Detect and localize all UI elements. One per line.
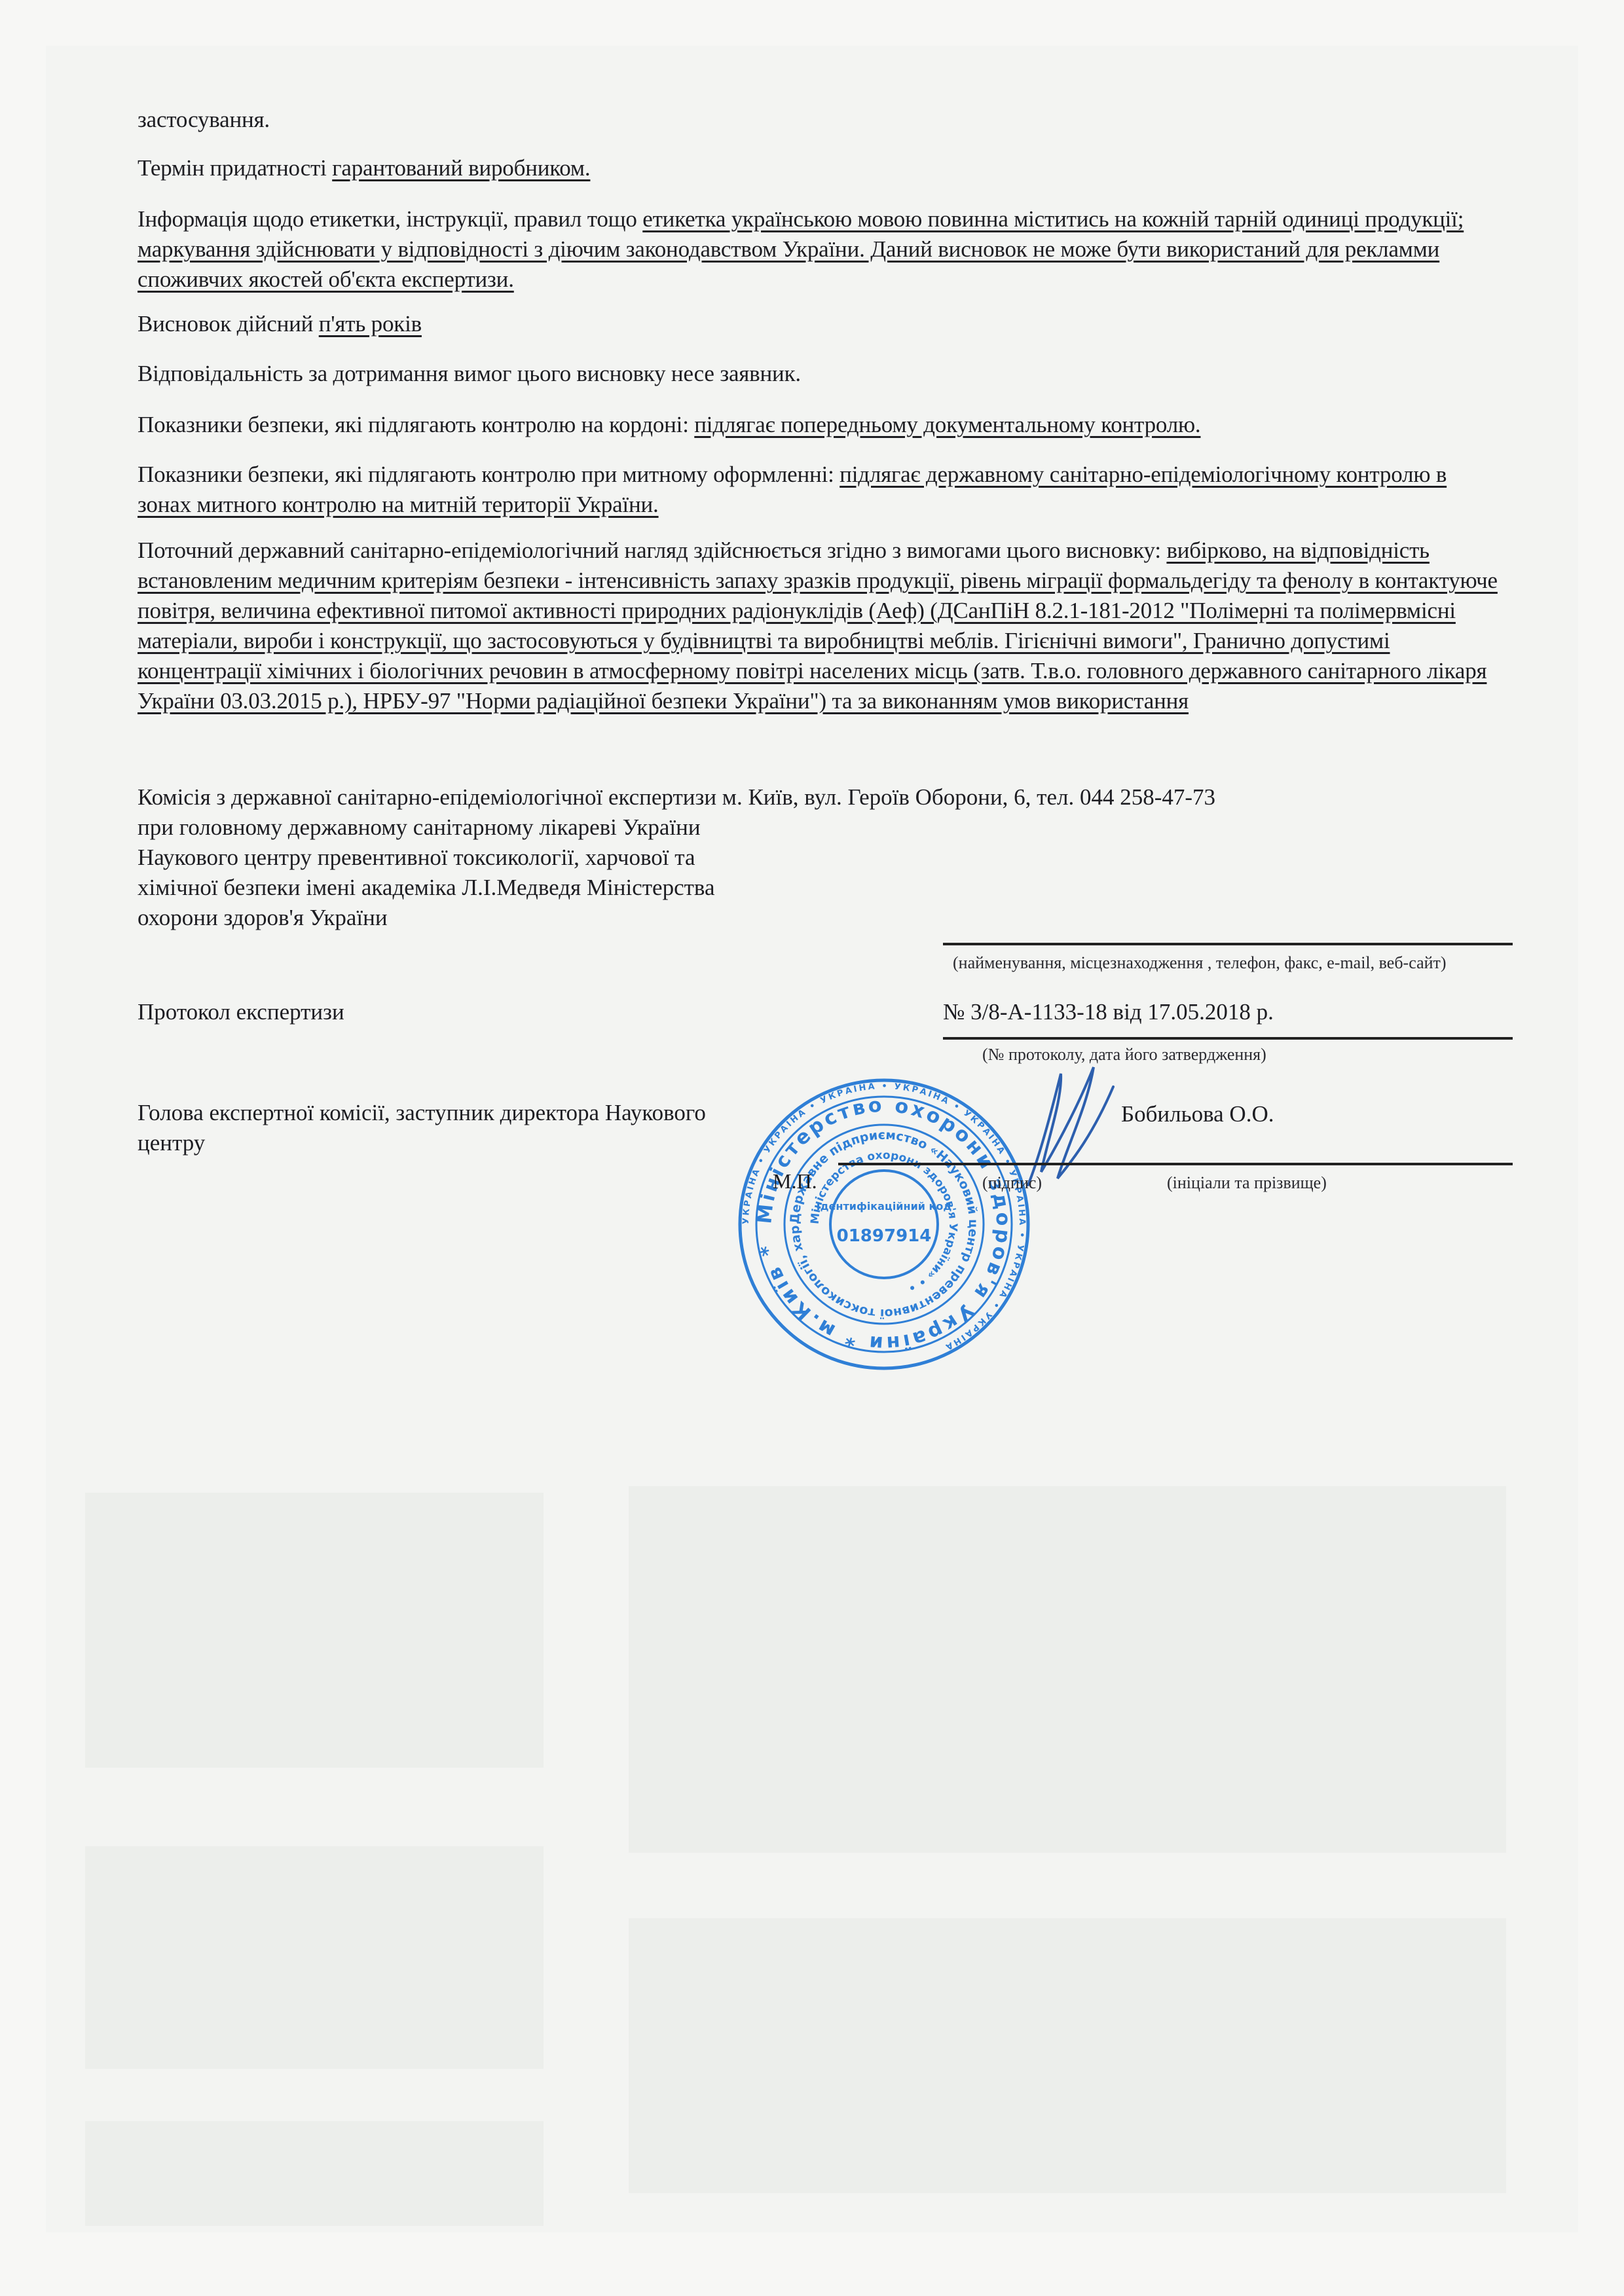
name-caption: (ініціали та прізвище) xyxy=(1167,1173,1327,1193)
commission-line-5: охорони здоров'я України xyxy=(138,905,388,931)
commission-caption: (найменування, місцезнаходження , телефо… xyxy=(953,953,1447,973)
supervision-label: Поточний державний санітарно-епідеміолог… xyxy=(138,538,1166,563)
validity-value: п'ять років xyxy=(319,311,422,337)
responsibility-text: Відповідальність за дотримання вимог цьо… xyxy=(138,359,1519,389)
shelf-life-row: Термін придатності гарантований виробник… xyxy=(138,153,1519,183)
shelf-life-label: Термін придатності xyxy=(138,155,332,181)
label-info-row: Інформація щодо етикетки, інструкції, пр… xyxy=(138,204,1506,295)
signature-caption: (підпис) xyxy=(982,1173,1042,1193)
signature-underline xyxy=(838,1163,1513,1165)
label-info-label: Інформація щодо етикетки, інструкції, пр… xyxy=(138,206,642,232)
signatory-title-line-2: центру xyxy=(138,1130,205,1156)
validity-label: Висновок дійсний xyxy=(138,311,319,337)
seal-label: М.П. xyxy=(773,1169,817,1194)
stamp-center-label: Ідентифікаційний код xyxy=(817,1200,952,1212)
commission-line-4: хімічної безпеки імені академіка Л.І.Мед… xyxy=(138,875,715,901)
commission-line-3: Наукового центру превентивної токсиколог… xyxy=(138,845,695,871)
border-control-label: Показники безпеки, які підлягають контро… xyxy=(138,412,694,437)
protocol-underline xyxy=(943,1037,1513,1040)
signatory-name: Бобильова О.О. xyxy=(1121,1101,1274,1127)
validity-row: Висновок дійсний п'ять років xyxy=(138,309,1519,339)
protocol-label: Протокол експертизи xyxy=(138,999,344,1025)
supervision-row: Поточний державний санітарно-епідеміолог… xyxy=(138,536,1513,716)
handwritten-signature xyxy=(1022,1061,1120,1192)
border-control-value: підлягає попередньому документальному ко… xyxy=(694,412,1200,437)
supervision-value: вибірково, на відповідність встановленим… xyxy=(138,538,1498,714)
shelf-life-value: гарантований виробником. xyxy=(332,155,590,181)
continuation-text: застосування. xyxy=(138,105,1519,135)
commission-line-1: Комісія з державної санітарно-епідеміоло… xyxy=(138,784,1215,811)
signatory-title-line-1: Голова експертної комісії, заступник дир… xyxy=(138,1100,706,1126)
commission-underline xyxy=(943,943,1513,945)
customs-control-row: Показники безпеки, які підлягають контро… xyxy=(138,460,1480,520)
stamp-code: 01897914 xyxy=(837,1226,932,1246)
official-seal-stamp: УКРАЇНА • УКРАЇНА • УКРАЇНА • УКРАЇНА • … xyxy=(727,1067,1054,1375)
commission-line-2: при головному державному санітарному лік… xyxy=(138,814,701,841)
border-control-row: Показники безпеки, які підлягають контро… xyxy=(138,410,1519,440)
customs-control-label: Показники безпеки, які підлягають контро… xyxy=(138,462,840,487)
protocol-value: № 3/8-А-1133-18 від 17.05.2018 р. xyxy=(943,999,1274,1025)
